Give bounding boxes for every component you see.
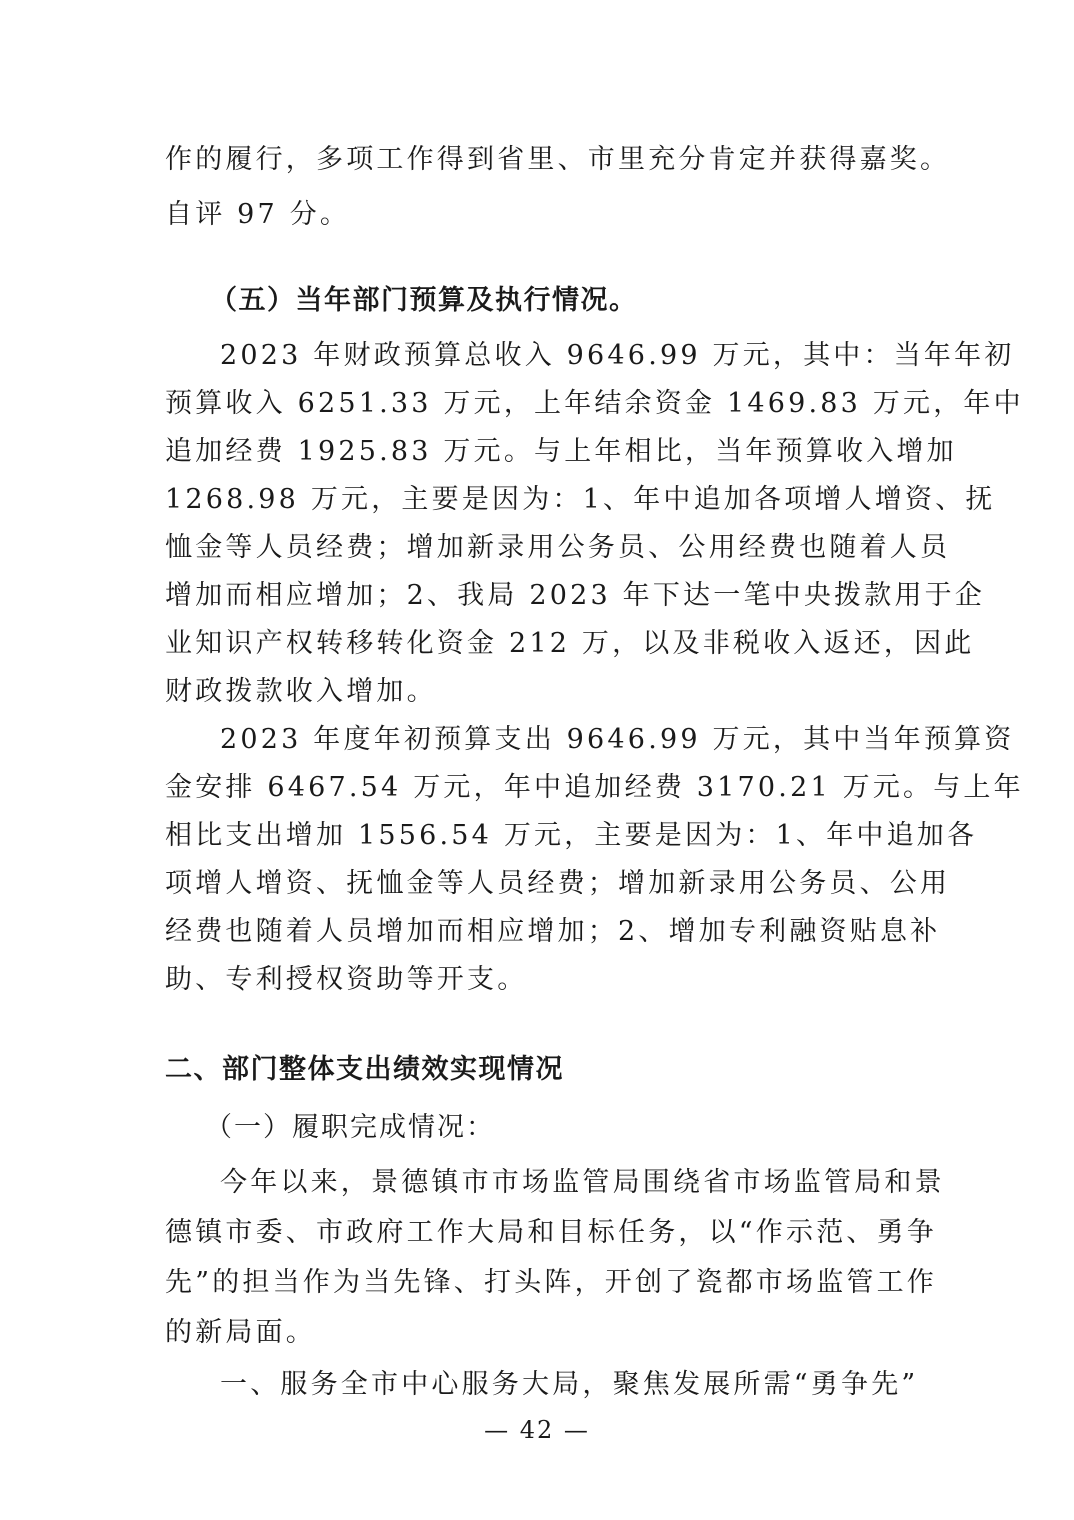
performance-line-2: 德镇市委、市政府工作大局和目标任务，以“作示范、勇争: [165, 1215, 915, 1251]
budget-income-line-1: 2023 年财政预算总收入 9646.99 万元，其中：当年年初: [220, 338, 915, 374]
budget-expense-line-5: 经费也随着人员增加而相应增加；2、增加专利融资贴息补: [165, 914, 915, 950]
budget-expense-line-2: 金安排 6467.54 万元，年中追加经费 3170.21 万元。与上年: [165, 770, 915, 806]
budget-income-line-4: 1268.98 万元，主要是因为：1、年中追加各项增人增资、抚: [165, 482, 915, 518]
intro-line-2: 自评 97 分。: [165, 197, 915, 233]
item-1-line: 一、服务全市中心服务大局，聚焦发展所需“勇争先”: [220, 1367, 915, 1403]
document-page: 作的履行，多项工作得到省里、市里充分肯定并获得嘉奖。 自评 97 分。 （五）当…: [0, 0, 1074, 1520]
budget-expense-line-3: 相比支出增加 1556.54 万元，主要是因为：1、年中追加各: [165, 818, 915, 854]
intro-line-1: 作的履行，多项工作得到省里、市里充分肯定并获得嘉奖。: [165, 142, 915, 178]
performance-line-3: 先”的担当作为当先锋、打头阵，开创了瓷都市场监管工作: [165, 1265, 915, 1301]
budget-expense-line-1: 2023 年度年初预算支出 9646.99 万元，其中当年预算资: [220, 722, 915, 758]
section-5-heading: （五）当年部门预算及执行情况。: [210, 283, 910, 319]
budget-income-line-3: 追加经费 1925.83 万元。与上年相比，当年预算收入增加: [165, 434, 915, 470]
budget-expense-line-6: 助、专利授权资助等开支。: [165, 962, 915, 998]
performance-line-1: 今年以来，景德镇市市场监管局围绕省市场监管局和景: [220, 1165, 915, 1201]
budget-income-line-2: 预算收入 6251.33 万元，上年结余资金 1469.83 万元，年中: [165, 386, 915, 422]
page-number: — 42 —: [0, 1412, 1074, 1448]
budget-income-line-5: 恤金等人员经费；增加新录用公务员、公用经费也随着人员: [165, 530, 915, 566]
subsection-1-heading: （一）履职完成情况：: [205, 1110, 905, 1146]
part-2-heading: 二、部门整体支出绩效实现情况: [165, 1052, 915, 1088]
budget-income-line-7: 业知识产权转移转化资金 212 万，以及非税收入返还，因此: [165, 626, 915, 662]
budget-expense-line-4: 项增人增资、抚恤金等人员经费；增加新录用公务员、公用: [165, 866, 915, 902]
performance-line-4: 的新局面。: [165, 1315, 915, 1351]
budget-income-line-8: 财政拨款收入增加。: [165, 674, 915, 710]
budget-income-line-6: 增加而相应增加；2、我局 2023 年下达一笔中央拨款用于企: [165, 578, 915, 614]
